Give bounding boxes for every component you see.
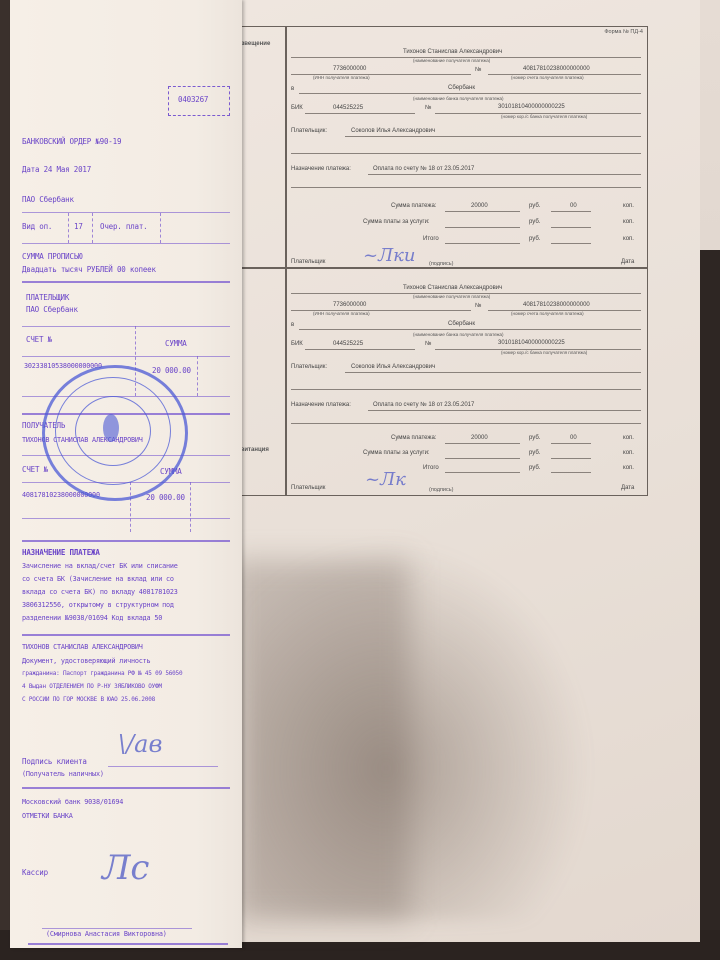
sum-label: Сумма платежа:: [391, 435, 436, 441]
receipt-bank: ПАО Сбербанк: [22, 195, 74, 204]
client-signature: \/ав: [118, 730, 162, 758]
kop-label: коп.: [623, 435, 634, 441]
date-label: Дата: [621, 259, 634, 265]
rub-label: руб.: [529, 435, 540, 441]
photographer-shadow-core: [250, 540, 590, 920]
payer-name: Соколов Илья Александрович: [351, 364, 435, 370]
rub-label-2: руб.: [529, 450, 540, 456]
recipient-inn: 7736000000: [333, 302, 366, 308]
bik-value: 044525225: [333, 341, 363, 347]
payer-sum-label: СУММА: [165, 339, 187, 348]
recipient-sum: 20 000.00: [146, 493, 185, 502]
corr-label: №: [425, 341, 431, 347]
cashier-label: Кассир: [22, 868, 48, 877]
payer-sign-label: Плательщик: [291, 259, 325, 265]
sum-kop: 00: [570, 435, 577, 441]
bank-branch: Московский банк 9038/01694: [22, 798, 123, 806]
bik-label: БИК: [291, 105, 303, 111]
op-priority-label: Очер. плат.: [100, 222, 147, 231]
fee-label: Сумма платы за услуги:: [363, 219, 430, 225]
client-name: ТИХОНОВ СТАНИСЛАВ АЛЕКСАНДРОВИЧ: [22, 643, 143, 651]
rub-label-3: руб.: [529, 236, 540, 242]
client-sign-sub: (Получатель наличных): [22, 770, 104, 778]
corr-label: №: [425, 105, 431, 111]
doc-number: 0403267: [178, 95, 208, 104]
payer-sign-label: Плательщик: [291, 485, 325, 491]
total-label: Итого: [423, 465, 439, 471]
recipient-name: Тихонов Станислав Александрович: [403, 49, 502, 55]
bank-caption: (наименование банка получателя платежа): [413, 332, 504, 337]
receipt-date: Дата 24 Мая 2017: [22, 165, 91, 174]
bank-marks: ОТМЕТКИ БАНКА: [22, 812, 73, 820]
corr-caption: (номер кор./с банка получателя платежа): [501, 350, 587, 355]
dark-edge-left: [0, 0, 10, 960]
cashier-signature: Лс: [102, 848, 149, 888]
client-doc-line: Документ, удостоверяющий личность: [22, 657, 150, 665]
payer-name: ПАО Сбербанк: [26, 305, 78, 314]
recipient-name: Тихонов Станислав Александрович: [403, 285, 502, 291]
account-caption: (номер счета получателя платежа): [511, 311, 584, 316]
purpose-value: Оплата по счету № 18 от 23.05.2017: [373, 402, 474, 408]
bik-label: БИК: [291, 341, 303, 347]
purpose-line: 3806312556, открытому в структурном под: [22, 601, 174, 609]
corr-account: 30101810400000000225: [498, 340, 565, 346]
sum-kop: 00: [570, 203, 577, 209]
payer-signature: ~Лк: [365, 469, 406, 490]
amount-words-label: СУММА ПРОПИСЬЮ: [22, 252, 82, 261]
recipient-account: 40817810238000000000: [523, 302, 590, 308]
kop-label: коп.: [623, 203, 634, 209]
recipient-bank: Сбербанк: [448, 321, 475, 327]
pd4-form: Форма № ПД-4 Извещение Тихонов Станислав…: [232, 26, 648, 496]
recipient-caption: (наименование получателя платежа): [413, 58, 490, 63]
corr-account: 30101810400000000225: [498, 104, 565, 110]
bik-value: 044525225: [333, 105, 363, 111]
in-label: в: [291, 322, 294, 328]
payer-account-label: СЧЕТ №: [26, 335, 52, 344]
client-doc-line: гражданина: Паспорт гражданина РФ № 45 0…: [22, 670, 182, 677]
rub-label: руб.: [529, 203, 540, 209]
inn-caption: (ИНН получателя платежа): [313, 311, 370, 316]
total-label: Итого: [423, 236, 439, 242]
corr-caption: (номер кор./с банка получателя платежа): [501, 114, 587, 119]
purpose-label: Назначение платежа:: [291, 166, 351, 172]
client-sign-label: Подпись клиента: [22, 757, 87, 766]
in-label: в: [291, 86, 294, 92]
bank-order-receipt: 0403267 БАНКОВСКИЙ ОРДЕР №90-19 Дата 24 …: [10, 0, 242, 948]
rub-label-3: руб.: [529, 465, 540, 471]
form-section-receipt: Квитанция Тихонов Станислав Александрови…: [233, 269, 647, 495]
form-section-notice: Извещение Тихонов Станислав Александрови…: [233, 27, 647, 267]
fee-label: Сумма платы за услуги:: [363, 450, 430, 456]
payer-sign-sub: (подпись): [429, 487, 453, 493]
receipt-title: БАНКОВСКИЙ ОРДЕР №90-19: [22, 137, 121, 146]
payer-label: Плательщик:: [291, 128, 327, 134]
account-no-label: №: [475, 67, 481, 73]
op-type-value: 17: [74, 222, 83, 231]
purpose-line: вклада со счета БК) по вкладу 4081781023: [22, 588, 178, 596]
account-no-label: №: [475, 303, 481, 309]
payer-sign-sub: (подпись): [429, 261, 453, 267]
sum-rub: 20000: [471, 435, 488, 441]
date-label: Дата: [621, 485, 634, 491]
recipient-account-label: СЧЕТ №: [22, 465, 48, 474]
payer-name: Соколов Илья Александрович: [351, 128, 435, 134]
recipient-bank: Сбербанк: [448, 85, 475, 91]
purpose-line: разделении №9038/01694 Код вклада 50: [22, 614, 162, 622]
amount-words: Двадцать тысяч РУБЛЕЙ 00 копеек: [22, 265, 156, 274]
dark-edge-right: [700, 250, 720, 960]
sum-rub: 20000: [471, 203, 488, 209]
purpose-label: НАЗНАЧЕНИЕ ПЛАТЕЖА: [22, 548, 100, 557]
inn-caption: (ИНН получателя платежа): [313, 75, 370, 80]
sum-label: Сумма платежа:: [391, 203, 436, 209]
payer-signature: ~Лки: [363, 245, 415, 266]
bank-caption: (наименование банка получателя платежа): [413, 96, 504, 101]
recipient-caption: (наименование получателя платежа): [413, 294, 490, 299]
kop-label-3: коп.: [623, 236, 634, 242]
cashier-name: (Смирнова Анастасия Викторовна): [46, 930, 167, 938]
kop-label-2: коп.: [623, 450, 634, 456]
payer-label: ПЛАТЕЛЬЩИК: [26, 293, 69, 302]
recipient-account: 40817810238000000000: [523, 66, 590, 72]
payer-sum: 20 000.00: [152, 366, 191, 375]
purpose-line: Зачисление на вклад/счет БК или списание: [22, 562, 178, 570]
rub-label-2: руб.: [529, 219, 540, 225]
client-doc-line: 4 Выдан ОТДЕЛЕНИЕМ ПО Р-НУ ЗЯБЛИКОВО ОУФ…: [22, 683, 162, 690]
purpose-label: Назначение платежа:: [291, 402, 351, 408]
op-type-label: Вид оп.: [22, 222, 52, 231]
bank-round-stamp: [42, 365, 188, 501]
purpose-line: со счета БК (Зачисление на вклад или со: [22, 575, 174, 583]
purpose-value: Оплата по счету № 18 от 23.05.2017: [373, 166, 474, 172]
recipient-inn: 7736000000: [333, 66, 366, 72]
account-caption: (номер счета получателя платежа): [511, 75, 584, 80]
kop-label-3: коп.: [623, 465, 634, 471]
kop-label-2: коп.: [623, 219, 634, 225]
client-doc-line: С РОССИИ ПО ГОР МОСКВЕ В ЮАО 25.06.2008: [22, 696, 155, 703]
payer-label: Плательщик:: [291, 364, 327, 370]
